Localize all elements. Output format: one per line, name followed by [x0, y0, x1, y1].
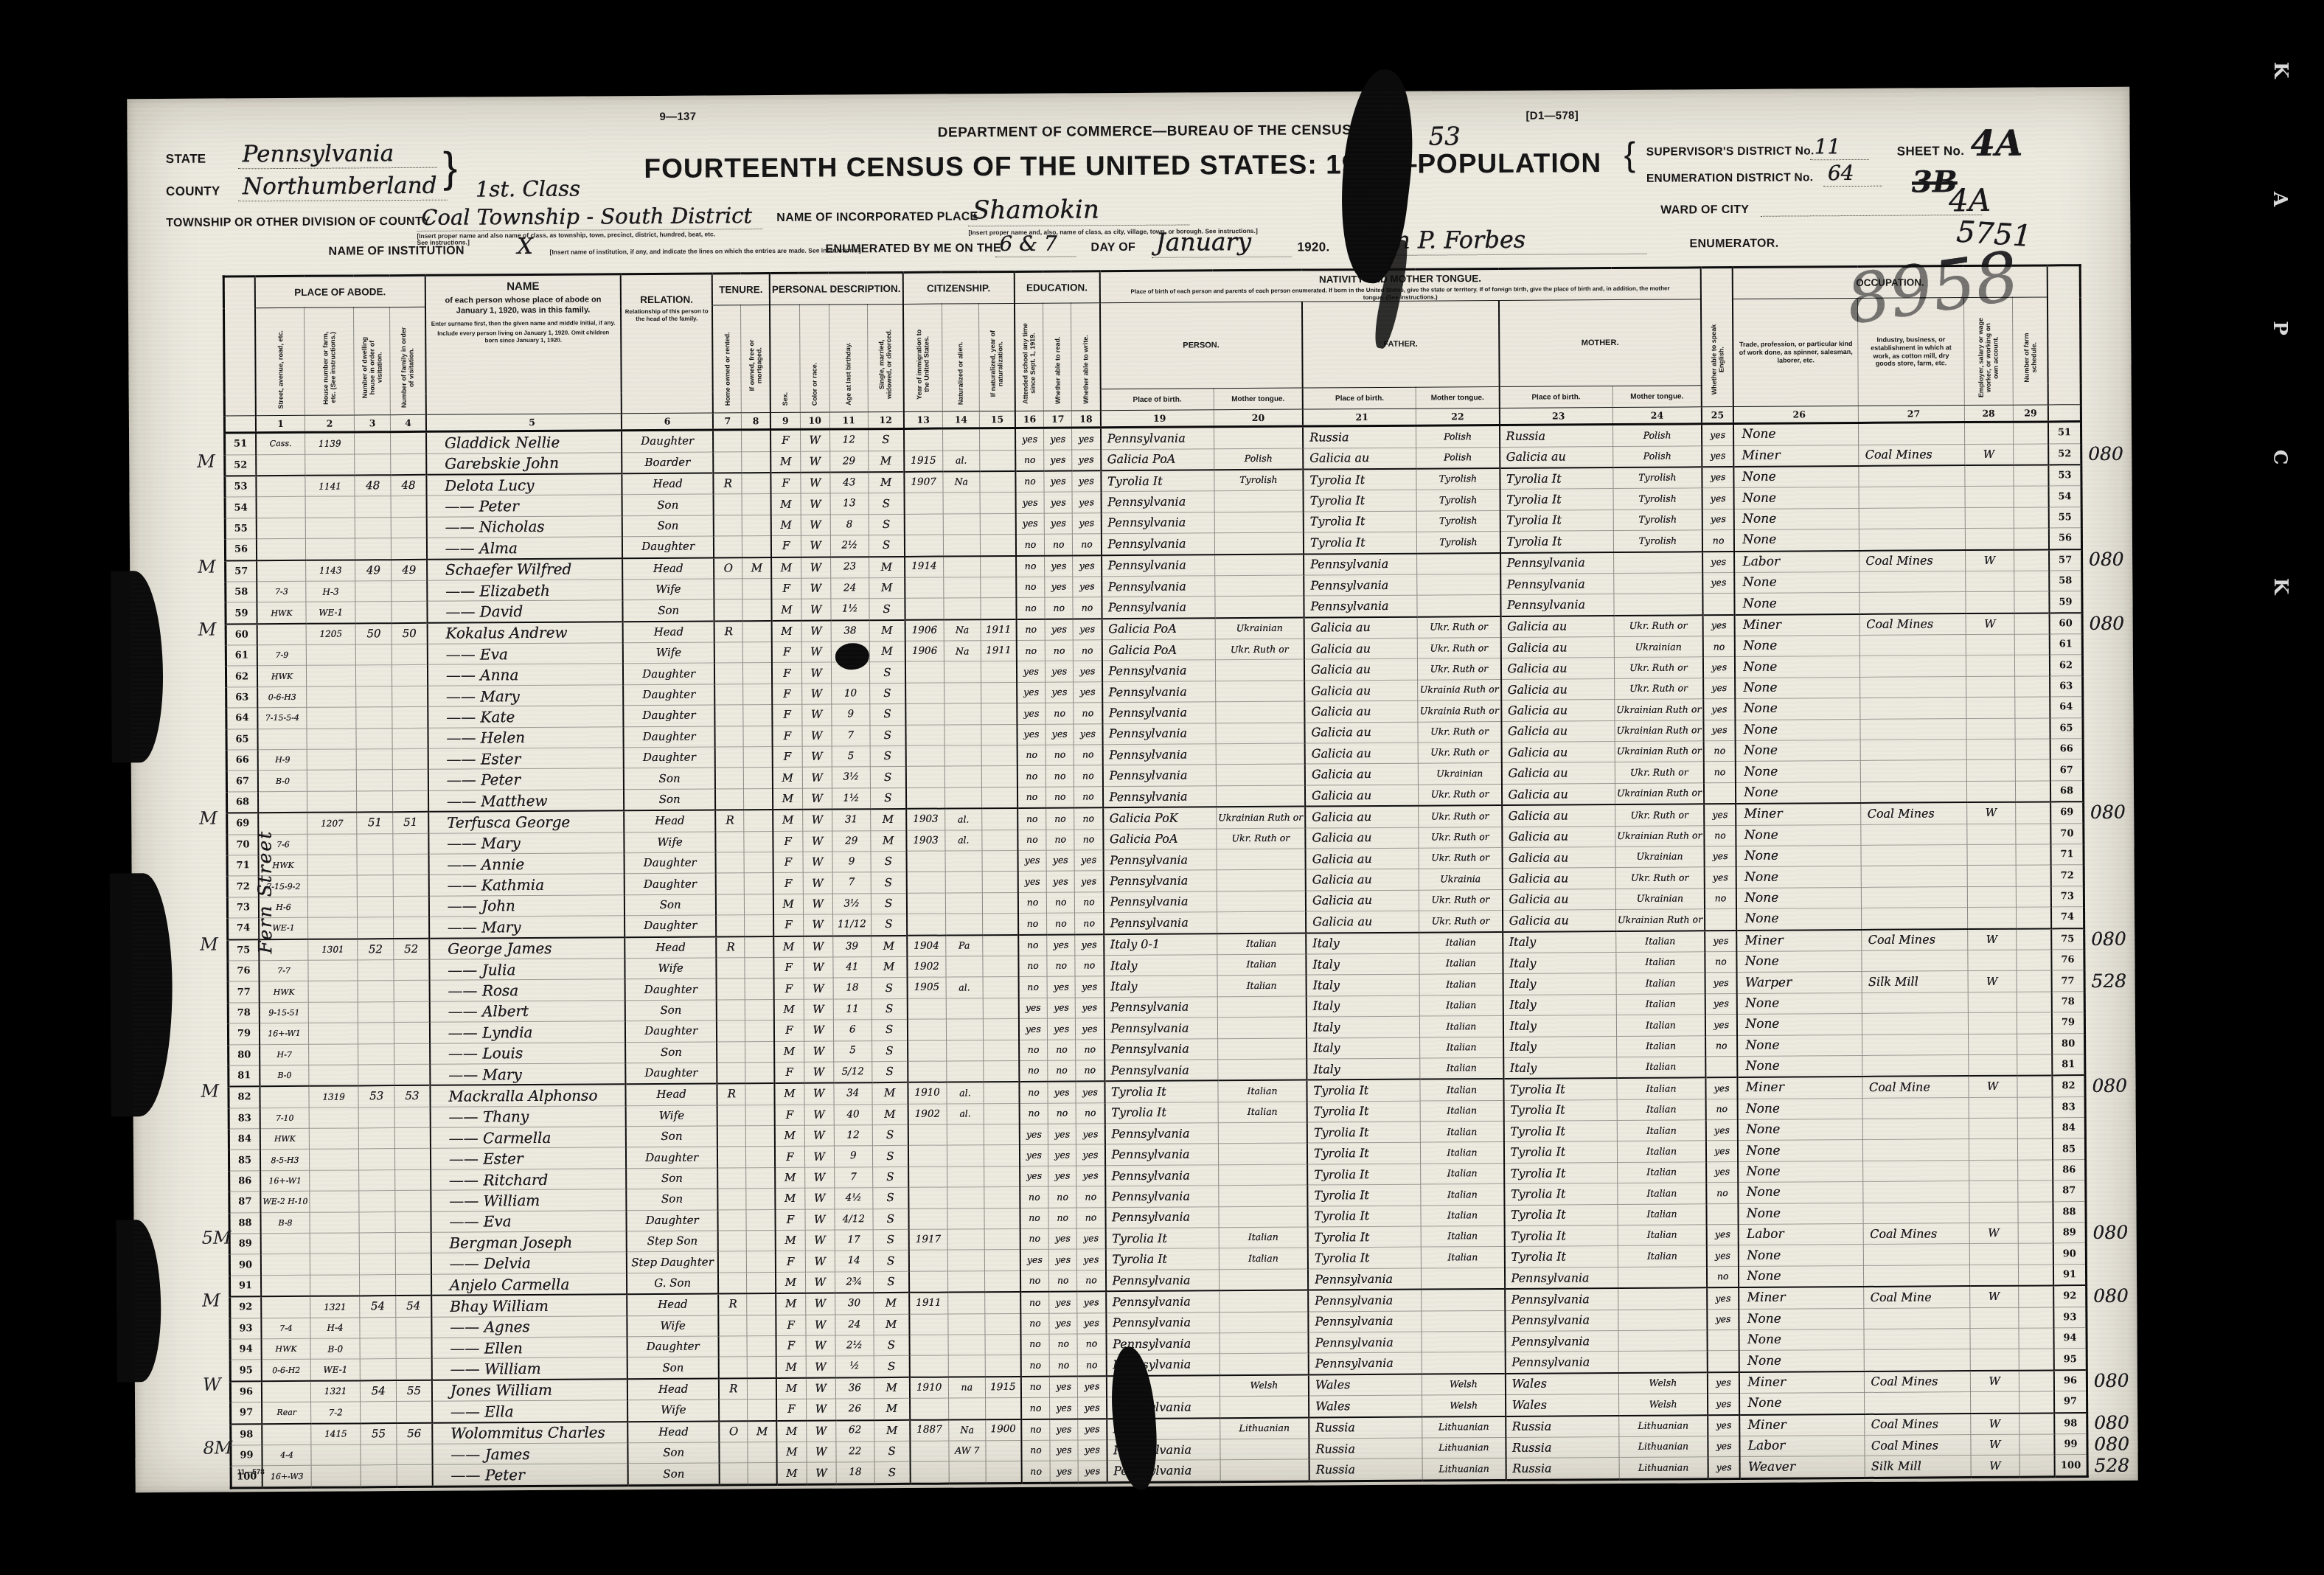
cell-mar: S: [871, 893, 906, 914]
cell-fam: [396, 1338, 431, 1359]
col-header-mpob: Place of birth.: [1499, 386, 1612, 408]
cell-street: 8-5-H3: [260, 1150, 310, 1171]
cell-own: [718, 1231, 747, 1252]
cell-mort: [745, 1021, 774, 1042]
cell-pob: Pennsylvania: [1106, 1354, 1220, 1376]
cell-nat: al.: [946, 977, 983, 998]
cell-ftng: Italian: [1420, 995, 1503, 1016]
cell-code: [2083, 717, 2134, 739]
col-header-street: Street, avenue, road, etc.: [255, 308, 305, 416]
cell-emp: [1966, 781, 2015, 802]
cell-street: 7-10: [260, 1108, 310, 1129]
cell-wr: no: [1074, 703, 1102, 724]
cell-sex: F: [776, 1335, 806, 1357]
col-number: 16: [1015, 411, 1044, 428]
cell-ftng: Italian: [1420, 1016, 1503, 1037]
cell-mort: [747, 1315, 776, 1336]
cell-ftng: Ukr. Ruth or: [1418, 721, 1501, 743]
cell-house: [307, 875, 357, 897]
cell-rd: yes: [1049, 1313, 1078, 1335]
cell-ln_l: 66: [226, 750, 258, 771]
cell-rd: yes: [1048, 1228, 1077, 1250]
cell-mtng: Italian: [1617, 1120, 1706, 1141]
cell-sex: M: [773, 788, 802, 810]
cell-trade: None: [1736, 698, 1861, 720]
cell-age: 3½: [832, 893, 871, 914]
cell-mar: M: [869, 556, 904, 577]
cell-house: [308, 917, 358, 939]
cell-mar: M: [871, 956, 907, 978]
cell-natyr: [981, 661, 1017, 683]
cell-mort: [744, 747, 773, 768]
cell-fam: [394, 1064, 430, 1085]
cell-farm: [2017, 1033, 2052, 1054]
cell-fpob: Galicia au: [1304, 700, 1418, 722]
cell-house: [311, 1465, 361, 1487]
cell-natyr: 1915: [985, 1377, 1021, 1398]
cell-mtng: Ukrainian Ruth or: [1615, 720, 1704, 741]
cell-street: [256, 476, 305, 497]
cell-emp: [1969, 1202, 2018, 1223]
cell-trade: Miner: [1736, 803, 1861, 825]
cell-street: H-7: [260, 1044, 309, 1065]
col-header-sch: Attended school any time since Sept. 1, …: [1015, 303, 1043, 411]
cell-age: 5/12: [833, 1062, 871, 1083]
cell-ln_r: 97: [2054, 1391, 2087, 1413]
cell-farm: [2015, 697, 2050, 718]
cell-street: 7-15-5-4: [257, 708, 307, 729]
cell-mort: M: [748, 1421, 776, 1442]
cell-code: [2087, 1349, 2137, 1370]
cell-tng: [1214, 490, 1304, 512]
cell-own: [713, 451, 742, 473]
cell-trade: None: [1737, 992, 1862, 1014]
cell-sex: F: [771, 535, 801, 557]
cell-code: [2083, 738, 2134, 759]
cell-mtng: [1618, 1351, 1708, 1373]
cell-mar: S: [872, 1146, 908, 1167]
cell-mar: S: [872, 1061, 908, 1082]
cell-rd: no: [1049, 1355, 1078, 1376]
cell-ln_r: 93: [2053, 1307, 2086, 1328]
cell-nat: [947, 1124, 984, 1146]
cell-trade: Labor: [1734, 551, 1859, 573]
cell-imm: [905, 725, 944, 746]
cell-farm: [2019, 1370, 2054, 1391]
cell-own: [714, 599, 743, 621]
cell-natyr: [985, 1292, 1021, 1313]
cell-dw: [357, 790, 393, 812]
cell-wr: yes: [1078, 1376, 1107, 1397]
cell-mar: S: [870, 704, 905, 726]
cell-mtng: Italian: [1616, 952, 1705, 973]
cell-nat: [945, 893, 982, 914]
cell-trade: None: [1739, 1245, 1864, 1266]
cell-natyr: [982, 830, 1018, 851]
cell-rel: Step Son: [627, 1231, 718, 1252]
cell-dw: 49: [355, 560, 392, 581]
cell-rd: no: [1048, 1270, 1077, 1292]
cell-rel: Wife: [627, 1315, 719, 1337]
col-header-own: Home owned or rented.: [712, 305, 742, 413]
cell-name: —— Elizabeth: [427, 580, 623, 602]
enumerated-year: 1920.: [1297, 240, 1329, 254]
cell-name: —— Matthew: [428, 790, 625, 813]
cell-own: [714, 494, 742, 515]
cell-nat: Na: [944, 619, 981, 641]
col-header-mort: If owned, free or mortgaged.: [741, 305, 770, 413]
cell-mar: M: [874, 1314, 909, 1335]
cell-nat: [944, 703, 981, 725]
col-header-imm: Year of immigration to the United States…: [903, 304, 943, 411]
census-table-wrap: PLACE OF ABODE. NAMEof each person whose…: [223, 264, 2138, 1489]
cell-tng: Ukr. Ruth or: [1215, 639, 1304, 660]
cell-rd: yes: [1048, 1166, 1077, 1187]
cell-sch: yes: [1015, 428, 1044, 450]
cell-natyr: [981, 703, 1017, 725]
cell-mpob: Italy: [1503, 973, 1616, 995]
cell-trade: Weaver: [1740, 1456, 1865, 1478]
cell-trade: None: [1739, 1329, 1865, 1350]
cell-ln_l: 82: [229, 1087, 260, 1108]
cell-sch: no: [1015, 471, 1044, 493]
cell-house: [307, 707, 356, 729]
cell-mort: [743, 621, 772, 642]
cell-race: W: [802, 726, 832, 747]
cell-dw: [358, 1001, 394, 1023]
cell-natyr: [982, 872, 1018, 893]
cell-house: [309, 1128, 358, 1150]
cell-race: W: [806, 1399, 835, 1420]
cell-trade: None: [1736, 887, 1862, 908]
cell-ln_l: 55: [225, 518, 257, 540]
cell-mar: M: [871, 830, 906, 852]
cell-trade: None: [1735, 636, 1860, 657]
cell-race: W: [804, 1125, 834, 1147]
cell-industry: [1862, 866, 1967, 887]
cell-industry: [1865, 1349, 1970, 1371]
col-number: 3: [355, 415, 391, 432]
cell-rd: yes: [1048, 1249, 1077, 1270]
cell-sex: M: [775, 1125, 804, 1147]
cell-fam: [394, 1022, 430, 1043]
cell-rd: yes: [1045, 619, 1074, 640]
cell-farm: [2014, 465, 2049, 486]
cell-imm: 1914: [905, 556, 944, 577]
cell-mar: S: [870, 725, 905, 746]
cell-rd: yes: [1046, 724, 1074, 745]
cell-rd: no: [1047, 956, 1076, 977]
cell-ln_r: 51: [2048, 422, 2081, 444]
cell-race: W: [804, 957, 833, 978]
cell-dw: 50: [355, 623, 392, 644]
cell-pob: Pennsylvania: [1102, 660, 1215, 681]
cell-wr: yes: [1076, 976, 1104, 998]
cell-rd: yes: [1048, 1082, 1076, 1103]
cell-race: W: [802, 831, 832, 852]
cell-house: [310, 1149, 359, 1170]
cell-street: 16+-W3: [262, 1466, 312, 1488]
cell-nat: [945, 851, 982, 872]
cell-rd: no: [1048, 1060, 1076, 1082]
cell-tng: [1214, 426, 1303, 448]
cell-industry: [1861, 760, 1966, 782]
cell-dw: [358, 917, 394, 939]
cell-name: —— Annie: [428, 853, 625, 875]
cell-fam: [395, 1169, 431, 1191]
cell-name: —— David: [427, 600, 623, 623]
cell-fam: 52: [394, 938, 429, 959]
cell-pob: Pennsylvania: [1106, 1333, 1220, 1355]
cell-imm: [905, 577, 944, 599]
cell-sex: M: [777, 1463, 807, 1485]
cell-age: 4½: [835, 1188, 873, 1209]
cell-house: [309, 1043, 358, 1065]
cell-natyr: [982, 850, 1018, 872]
cell-sex: F: [773, 746, 802, 768]
cell-own: [720, 1463, 748, 1485]
cell-farm: [2014, 591, 2050, 613]
margin-mark: M: [200, 933, 218, 954]
cell-farm: [2019, 1349, 2054, 1370]
cell-mar: S: [874, 1441, 910, 1462]
cell-pob: Italy: [1104, 955, 1217, 976]
cell-imm: [904, 514, 943, 535]
cell-code: [2084, 1012, 2135, 1033]
cell-fam: [396, 1317, 431, 1338]
cell-natyr: [984, 1166, 1020, 1187]
cell-sch: yes: [1018, 872, 1047, 893]
cell-sex: F: [772, 726, 801, 747]
cell-eng: yes: [1703, 678, 1735, 699]
cell-farm: [2017, 1118, 2053, 1139]
cell-mpob: Pennsylvania: [1504, 1267, 1618, 1289]
cell-house: 1207: [307, 813, 357, 834]
cell-sch: yes: [1017, 850, 1046, 872]
cell-eng: no: [1704, 825, 1736, 846]
cell-mpob: Tyrolia It: [1500, 489, 1613, 510]
film-edge-tear: [111, 571, 164, 762]
cell-house: WE-1: [310, 1359, 360, 1380]
cell-pob: Tyrolia It: [1105, 1228, 1219, 1249]
cell-emp: [1967, 844, 2016, 866]
cell-mtng: [1618, 1330, 1708, 1352]
cell-race: W: [801, 493, 830, 515]
cell-natyr: [981, 724, 1017, 745]
cell-natyr: [983, 1040, 1019, 1061]
cell-emp: [1966, 697, 2014, 718]
cell-age: 38: [831, 620, 869, 642]
cell-age: 23: [830, 557, 869, 578]
cell-sex: F: [775, 1147, 804, 1168]
cell-farm: [2014, 507, 2049, 529]
cell-tng: [1215, 575, 1304, 597]
cell-natyr: 1900: [986, 1419, 1022, 1440]
cell-race: W: [805, 1272, 835, 1293]
cell-own: [714, 705, 743, 726]
cell-own: [718, 1251, 747, 1273]
cell-nat: [947, 1061, 984, 1082]
cell-ftng: Italian: [1421, 1142, 1504, 1164]
cell-sch: no: [1019, 1060, 1048, 1082]
state-value: Pennsylvania: [238, 140, 437, 170]
cell-mpob: Tyrolia It: [1504, 1225, 1618, 1247]
cell-code: [2083, 696, 2134, 717]
group-name: NAMEof each person whose place of abode …: [425, 274, 622, 415]
group-education: EDUCATION.: [1015, 271, 1100, 304]
cell-eng: no: [1705, 888, 1736, 909]
cell-fpob: Galicia au: [1305, 764, 1419, 785]
cell-fpob: Galicia au: [1304, 659, 1418, 681]
cell-industry: [1860, 676, 1966, 698]
group-citizenship: CITIZENSHIP.: [902, 271, 1015, 304]
cell-own: [720, 1442, 748, 1464]
cell-house: [306, 644, 355, 666]
cell-eng: yes: [1708, 1372, 1739, 1394]
col-number: 17: [1043, 411, 1072, 428]
cell-industry: Coal Mines: [1865, 1371, 1970, 1393]
col-number: 29: [2013, 405, 2048, 422]
cell-mpob: Tyrolia It: [1504, 1246, 1618, 1268]
cell-eng: yes: [1708, 1394, 1739, 1415]
cell-code: [2081, 421, 2132, 443]
cell-sch: no: [1020, 1228, 1049, 1250]
cell-dw: [355, 602, 392, 623]
cell-house: [308, 1002, 358, 1023]
cell-street: [261, 1296, 310, 1318]
cell-tng: [1220, 1396, 1309, 1418]
cell-mpob: Galicia au: [1500, 446, 1613, 468]
cell-industry: [1862, 950, 1967, 972]
cell-own: [717, 1021, 745, 1042]
cell-wr: yes: [1076, 997, 1104, 1018]
cell-sch: no: [1021, 1376, 1050, 1397]
cell-own: R: [714, 473, 742, 494]
cell-industry: [1859, 571, 1965, 593]
cell-race: W: [805, 1293, 835, 1315]
cell-imm: [909, 1314, 948, 1335]
cell-tng: [1215, 554, 1304, 576]
cell-house: H-3: [306, 581, 355, 602]
cell-wr: yes: [1078, 1440, 1107, 1461]
cell-house: 1301: [308, 939, 358, 960]
cell-farm: [2016, 886, 2051, 908]
cell-name: —— Thany: [430, 1105, 626, 1127]
cell-tng: Welsh: [1220, 1374, 1309, 1397]
cell-own: [717, 1126, 746, 1147]
cell-dw: [360, 1317, 396, 1338]
cell-race: W: [803, 852, 832, 873]
cell-ln_r: 59: [2050, 591, 2082, 613]
cell-emp: W: [1964, 444, 2013, 465]
cell-dw: [355, 496, 391, 518]
cell-ftng: Italian: [1420, 1079, 1503, 1101]
cell-tng: [1220, 1439, 1309, 1460]
cell-pob: Pennsylvania: [1105, 1270, 1219, 1292]
cell-sch: no: [1020, 1208, 1048, 1229]
film-edge-mark: P: [2269, 321, 2291, 335]
cell-industry: [1862, 1034, 1968, 1055]
group-occupation: OCCUPATION.: [1733, 265, 2048, 299]
col-number: 8: [742, 413, 770, 430]
cell-industry: Coal Mines: [1865, 1435, 1970, 1456]
institution-label: NAME OF INSTITUTION: [328, 245, 464, 259]
cell-ftng: Polish: [1416, 425, 1500, 448]
cell-fam: [391, 517, 426, 538]
cell-street: HWK: [262, 1338, 311, 1360]
col-header-fam: Number of family in order of visitation.: [390, 307, 426, 415]
cell-industry: [1861, 740, 1966, 761]
cell-dw: [358, 1043, 394, 1065]
cell-street: B-0: [260, 1065, 309, 1086]
col-number: 21: [1303, 408, 1416, 426]
cell-mort: [745, 915, 773, 936]
cell-mtng: Ukrainian: [1614, 636, 1703, 658]
cell-sex: M: [776, 1377, 806, 1399]
cell-rel: Daughter: [625, 873, 716, 894]
cell-ftng: Italian: [1422, 1225, 1505, 1247]
cell-mtng: Lithuanian: [1619, 1436, 1708, 1458]
cell-sch: no: [1017, 766, 1046, 787]
cell-wr: yes: [1076, 1124, 1105, 1145]
col-number: 6: [622, 413, 713, 431]
cell-nat: al.: [943, 450, 980, 471]
cell-ln_r: 55: [2049, 507, 2081, 528]
cell-mtng: Tyrolish: [1613, 530, 1702, 552]
cell-name: —— Kate: [428, 706, 624, 728]
cell-street: 7-4: [261, 1318, 310, 1339]
cell-mtng: Ukr. Ruth or: [1615, 804, 1705, 826]
cell-mtng: Italian: [1617, 1141, 1706, 1162]
cell-house: [307, 770, 356, 791]
cell-trade: Miner: [1739, 1371, 1865, 1394]
cell-tng: [1218, 1038, 1307, 1060]
supervisor-value: 11: [1810, 134, 1869, 160]
cell-name: —— Eva: [431, 1210, 627, 1232]
cell-tng: [1218, 1122, 1307, 1144]
cell-house: 1139: [305, 432, 355, 454]
cell-tng: [1217, 849, 1306, 870]
cell-rel: Head: [623, 621, 714, 643]
cell-mort: [743, 726, 772, 747]
cell-mar: S: [869, 662, 905, 684]
cell-mpob: Italy: [1503, 952, 1616, 973]
sheet-value: 4A: [1970, 123, 2022, 164]
cell-rd: no: [1044, 534, 1073, 555]
cell-trade: None: [1738, 1140, 1863, 1161]
cell-age: 40: [834, 1104, 872, 1125]
cell-fam: [397, 1444, 432, 1465]
cell-imm: [908, 1209, 947, 1230]
cell-farm: [2019, 1434, 2055, 1456]
enumerated-day: 6 & 7: [995, 231, 1076, 257]
cell-pob: Pennsylvania: [1103, 891, 1217, 913]
cell-mar: S: [870, 683, 905, 704]
group-place-of-abode: PLACE OF ABODE.: [255, 275, 425, 308]
cell-race: W: [805, 1251, 835, 1272]
cell-industry: [1863, 1139, 1969, 1161]
cell-ln_r: 60: [2050, 613, 2082, 634]
cell-emp: [1967, 866, 2016, 887]
cell-race: W: [805, 1230, 835, 1251]
cell-street: 4-4: [262, 1444, 311, 1466]
cell-own: [716, 852, 745, 874]
cell-fpob: Galicia au: [1305, 827, 1419, 849]
col-number: 11: [829, 412, 868, 429]
cell-trade: None: [1734, 529, 1859, 552]
cell-wr: no: [1074, 745, 1103, 766]
cell-industry: Coal Mine: [1862, 1076, 1968, 1098]
